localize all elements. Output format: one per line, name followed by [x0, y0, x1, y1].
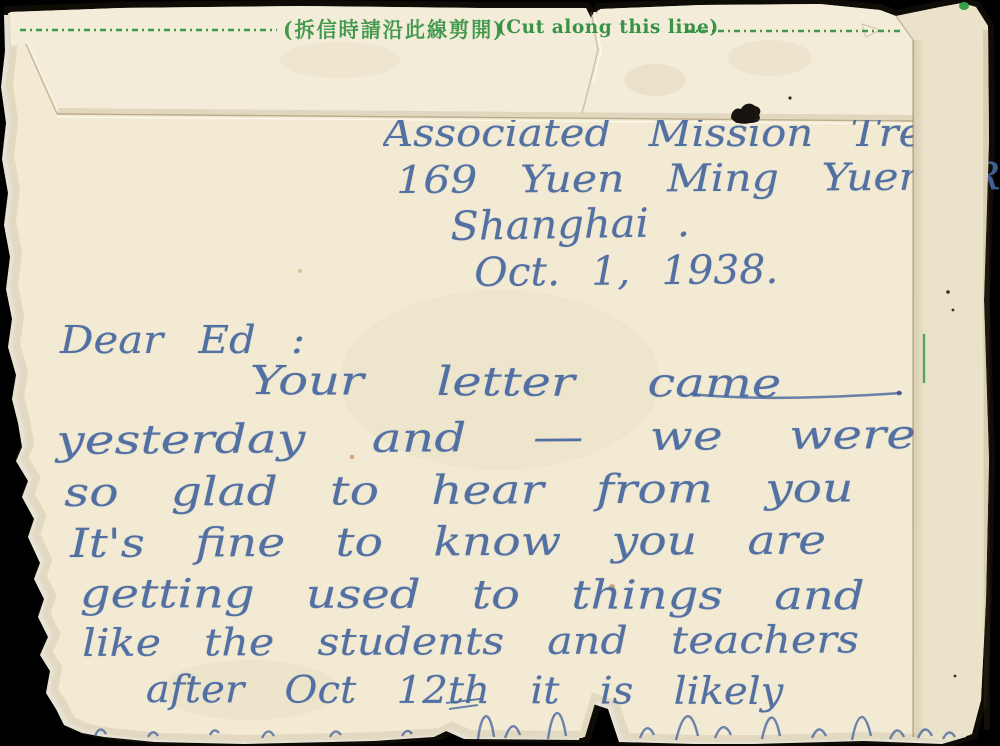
- scanned-letter-page: { "colors": { "scanner_background": "#00…: [0, 0, 1000, 746]
- green-dot-mark: [959, 2, 969, 10]
- cut-line-chinese-label: (拆信時請沿此線剪開): [283, 14, 505, 44]
- fold-strip: [896, 3, 989, 741]
- cut-line-english-label: (Cut along this line): [497, 16, 719, 38]
- ink-blot: [731, 104, 760, 124]
- overlay-artwork: [0, 0, 1000, 746]
